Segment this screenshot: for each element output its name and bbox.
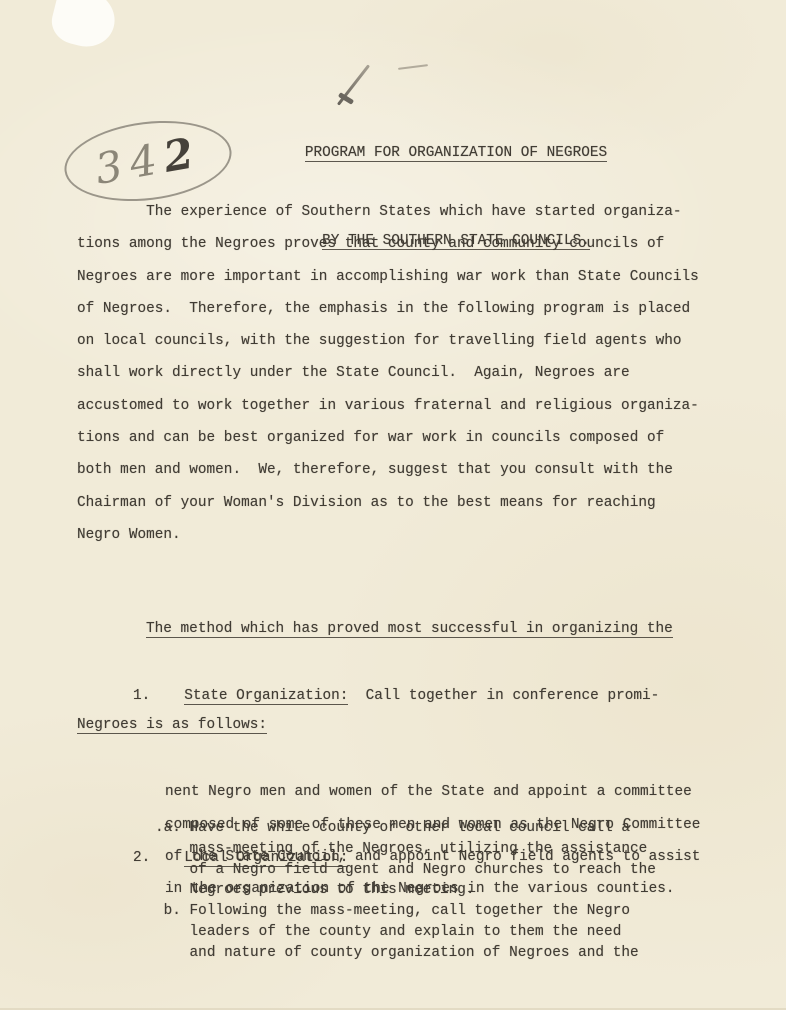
text-line: on local councils, with the suggestion f… bbox=[77, 325, 737, 357]
text-line: Negroes are more important in accomplish… bbox=[77, 261, 737, 293]
text-line: of Negroes. Therefore, the emphasis in t… bbox=[77, 293, 737, 325]
text-line: The experience of Southern States which … bbox=[77, 196, 737, 228]
screen: 342 PROGRAM FOR ORGANIZATION OF NEGROES … bbox=[0, 0, 786, 1024]
list-item-number: 2. bbox=[133, 842, 150, 874]
opening-paragraph: The experience of Southern States which … bbox=[77, 196, 737, 551]
text-line: and nature of county organization of Neg… bbox=[155, 943, 715, 964]
list-item-first-line: 1.State Organization: Call together in c… bbox=[133, 680, 733, 712]
text-line: tions among the Negroes proves that coun… bbox=[77, 228, 737, 260]
pencil-dash-mark bbox=[398, 64, 428, 70]
paper-tear-patch bbox=[47, 0, 121, 53]
text-line: Chairman of your Woman's Division as to … bbox=[77, 487, 737, 519]
list-item-number: 1. bbox=[133, 680, 150, 712]
text-line: leaders of the county and explain to the… bbox=[155, 922, 715, 943]
list-item-label: State Organization: bbox=[184, 688, 348, 705]
text-line: Negro Women. bbox=[77, 519, 737, 551]
text-line: of a Negro field agent and Negro churche… bbox=[155, 860, 715, 881]
subitem-b: b. Following the mass-meeting, call toge… bbox=[155, 901, 715, 963]
list-item-lead-text: Call together in conference promi- bbox=[348, 688, 659, 704]
text-line: both men and women. We, therefore, sugge… bbox=[77, 454, 737, 486]
document-page: 342 PROGRAM FOR ORGANIZATION OF NEGROES … bbox=[0, 0, 786, 1010]
document-title-line: PROGRAM FOR ORGANIZATION OF NEGROES bbox=[136, 142, 776, 164]
text-line: Negroes previous to this meeting. bbox=[155, 880, 715, 901]
text-line: mass-meeting of the Negroes, utilizing t… bbox=[155, 839, 715, 860]
text-line: accustomed to work together in various f… bbox=[77, 390, 737, 422]
text-line: b. Following the mass-meeting, call toge… bbox=[155, 901, 715, 922]
text-line: shall work directly under the State Coun… bbox=[77, 357, 737, 389]
text-line: tions and can be best organized for war … bbox=[77, 422, 737, 454]
text-line: .a. Have the white county or other local… bbox=[155, 818, 715, 839]
